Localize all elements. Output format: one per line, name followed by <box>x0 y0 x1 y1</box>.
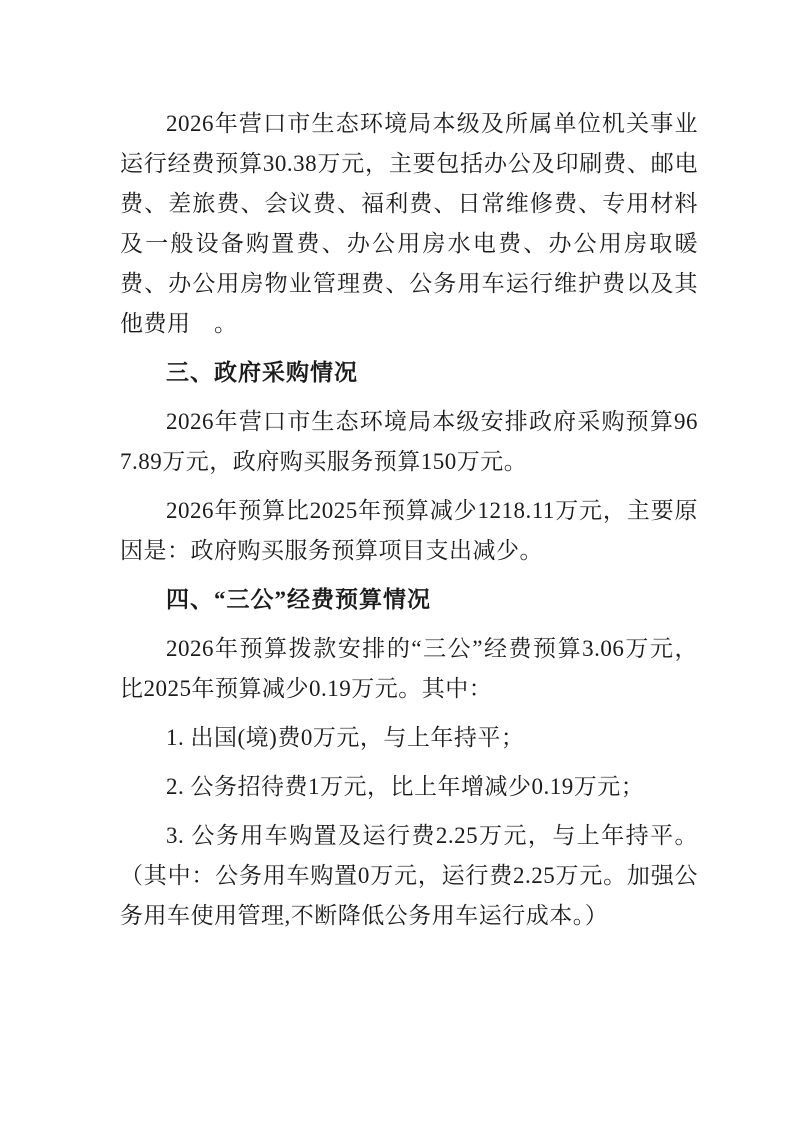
heading-section-3-gov-procurement: 三、政府采购情况 <box>120 353 698 393</box>
paragraph-procurement-budget: 2026年营口市生态环境局本级安排政府采购预算967.89万元，政府购买服务预算… <box>120 402 698 482</box>
heading-section-4-three-public-funds: 四、“三公”经费预算情况 <box>120 580 698 620</box>
document-page: 2026年营口市生态环境局本级及所属单位机关事业运行经费预算30.38万元，主要… <box>0 0 793 1122</box>
list-item-abroad-fee: 1. 出国(境)费0万元，与上年持平； <box>120 718 698 758</box>
paragraph-three-public-budget: 2026年预算拨款安排的“三公”经费预算3.06万元，比2025年预算减少0.1… <box>120 629 698 709</box>
paragraph-budget-decrease-reason: 2026年预算比2025年预算减少1218.11万元，主要原因是：政府购买服务预… <box>120 491 698 571</box>
list-item-vehicle-fee: 3. 公务用车购置及运行费2.25万元，与上年持平。（其中：公务用车购置0万元，… <box>120 816 698 936</box>
list-item-reception-fee: 2. 公务招待费1万元，比上年增减少0.19万元； <box>120 767 698 807</box>
paragraph-operating-expenses: 2026年营口市生态环境局本级及所属单位机关事业运行经费预算30.38万元，主要… <box>120 104 698 344</box>
